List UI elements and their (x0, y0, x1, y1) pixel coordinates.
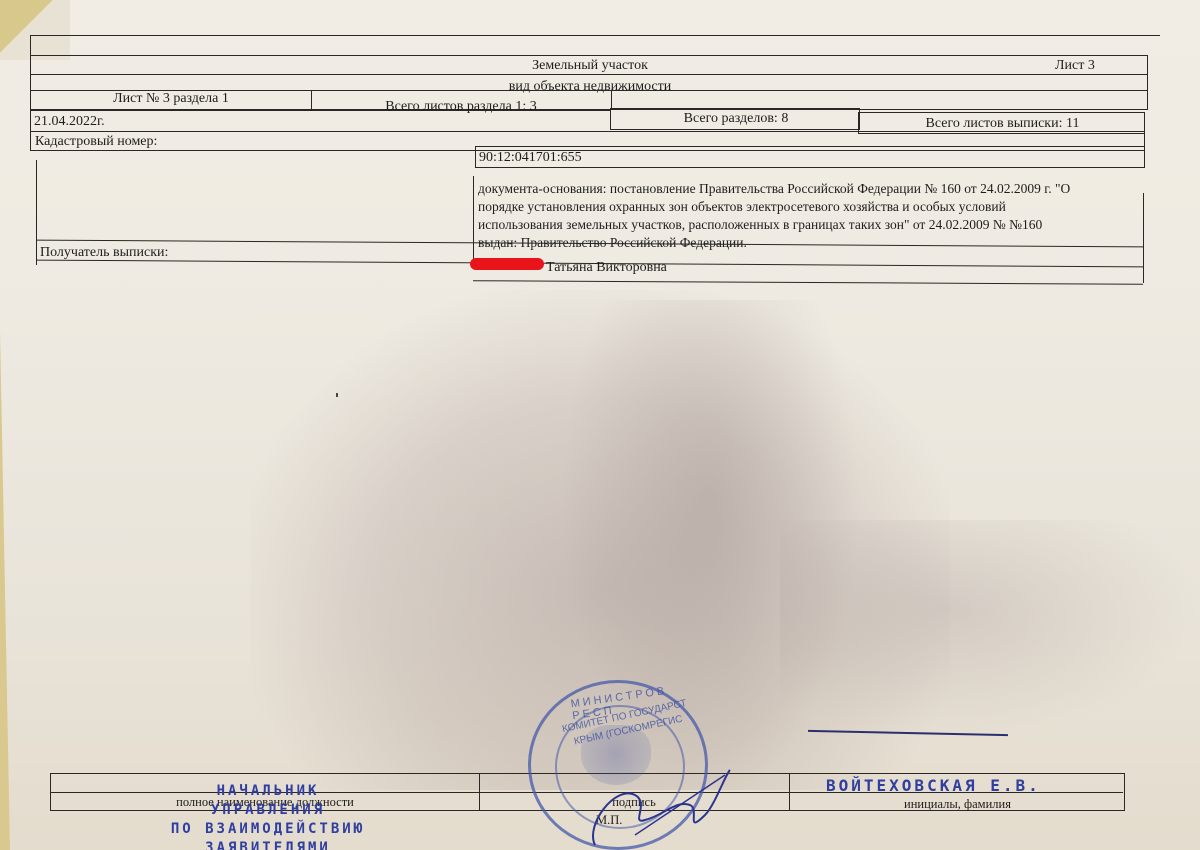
basis-text: документа-основания: постановление Прави… (478, 180, 1070, 252)
block-right-border (1143, 193, 1144, 283)
basis-line: порядке установления охранных зон объект… (478, 198, 1070, 216)
header-top-rule (30, 35, 1160, 57)
print-speck (336, 393, 338, 397)
date-row: 21.04.2022г. (30, 110, 610, 132)
section-sheet: Лист № 3 раздела 1 (31, 91, 311, 107)
name-caption: инициалы, фамилия (789, 796, 1126, 812)
basis-line: использования земельных участков, распол… (478, 216, 1070, 234)
handwritten-signature (575, 745, 735, 850)
block-mid-border (473, 176, 474, 266)
sheet-label: Лист 3 (1055, 58, 1095, 74)
total-sheets: Всего листов выписки: 11 (859, 116, 1146, 132)
block-left-border (36, 160, 37, 265)
recipient-name: Татьяна Викторовна (546, 260, 667, 276)
object-type-caption-row: вид объекта недвижимости (30, 75, 1148, 91)
total-sections: Всего разделов: 8 (611, 111, 861, 127)
total-sections-cell: Всего разделов: 8 (610, 108, 860, 130)
position-stamp-line: ЗАЯВИТЕЛЯМИ (168, 839, 368, 850)
object-type-row: Земельный участок (30, 55, 1148, 75)
position-stamp-line: ПО ВЗАИМОДЕЙСТВИЮ (168, 820, 368, 839)
recipient-label: Получатель выписки: (40, 245, 168, 261)
position-stamp: НАЧАЛЬНИК УПРАВЛЕНИЯ ПО ВЗАИМОДЕЙСТВИЮ З… (168, 782, 368, 850)
redaction-mark (470, 258, 544, 270)
name-stamp: ВОЙТЕХОВСКАЯ Е.В. (826, 776, 1041, 795)
document-date: 21.04.2022г. (34, 114, 105, 130)
cadastral-label: Кадастровый номер: (35, 134, 157, 150)
section-info-row: Лист № 3 раздела 1 Всего листов раздела … (30, 90, 1148, 110)
basis-line: документа-основания: постановление Прави… (478, 180, 1070, 198)
position-stamp-line: НАЧАЛЬНИК УПРАВЛЕНИЯ (168, 782, 368, 820)
object-type: Земельный участок (31, 58, 1149, 74)
divider (611, 91, 612, 109)
cadastral-number: 90:12:041701:655 (479, 150, 582, 166)
cadastral-number-cell: 90:12:041701:655 (475, 146, 1145, 168)
